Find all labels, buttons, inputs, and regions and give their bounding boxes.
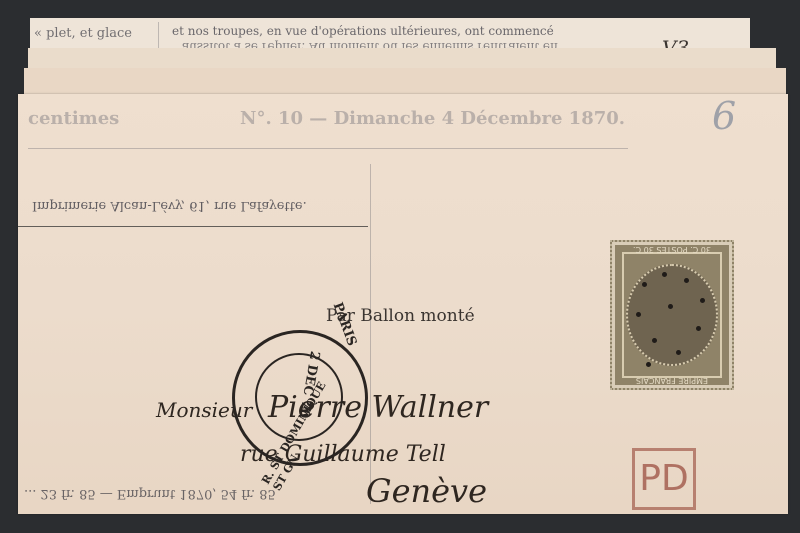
top-print-left: « plet, et glace	[34, 26, 132, 41]
cancel-dot-icon	[668, 304, 673, 309]
top-print-right-1: et nos troupes, en vue d'opérations ulté…	[172, 24, 554, 38]
stamp-value-text: 30 C. POSTES 30 C.	[612, 245, 732, 254]
cancel-dot-icon	[684, 278, 689, 283]
cancel-dot-icon	[636, 312, 641, 317]
address-city: Genève	[366, 472, 487, 510]
cancel-dot-icon	[652, 338, 657, 343]
cancel-dot-icon	[642, 282, 647, 287]
cancel-dot-icon	[662, 272, 667, 277]
postage-stamp: 30 C. POSTES 30 C. EMPIRE FRANCAIS	[610, 240, 734, 390]
cancel-dot-icon	[676, 350, 681, 355]
cancel-dot-icon	[696, 326, 701, 331]
pencil-mark-corner: 6	[712, 94, 736, 138]
imprint-rule	[18, 226, 368, 227]
masthead-rule	[28, 148, 628, 149]
cancel-dot-icon	[646, 362, 651, 367]
masthead-center: N°. 10 — Dimanche 4 Décembre 1870.	[240, 108, 625, 129]
mirrored-imprint: Imprimerie Alcan-Lévy, 61, rue Lafayette…	[32, 198, 307, 213]
cancel-dot-icon	[700, 298, 705, 303]
masthead-left: centimes	[28, 108, 119, 129]
stamp-country-text: EMPIRE FRANCAIS	[612, 376, 732, 385]
mirrored-footer: ... 23 fr. 85 — Emprunt 1870, 54 fr. 85	[24, 486, 276, 501]
pd-handstamp: PD	[632, 448, 696, 510]
paris-postmark: PARIS R. ST DOMINIQUE ST GN 2 DEC 70	[232, 330, 368, 466]
